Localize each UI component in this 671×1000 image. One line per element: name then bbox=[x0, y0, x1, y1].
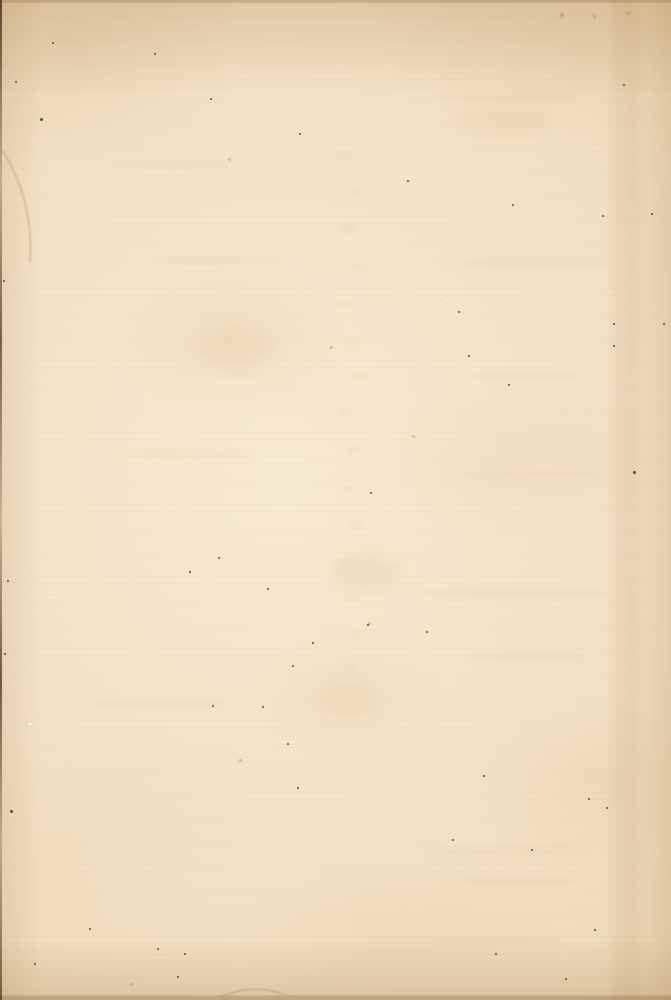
scanned-book-page bbox=[0, 0, 671, 1000]
rust-stain-dot bbox=[368, 622, 371, 625]
rust-stain-dot bbox=[228, 158, 231, 161]
rust-stain-dot bbox=[560, 13, 564, 17]
soft-discoloration-stain bbox=[315, 680, 379, 718]
paper-void-speck bbox=[445, 299, 448, 302]
foxing-speck bbox=[594, 929, 596, 931]
stain-layer bbox=[0, 0, 671, 1000]
ink-bleedthrough-layer bbox=[0, 0, 671, 1000]
foxing-speck bbox=[426, 631, 428, 633]
foxing-speck bbox=[189, 571, 191, 573]
bleedthrough-mark bbox=[344, 594, 360, 601]
foxing-speck bbox=[40, 118, 43, 121]
foxing-speck bbox=[34, 963, 36, 965]
bleedthrough-mark bbox=[336, 558, 352, 565]
bleedthrough-mark bbox=[110, 160, 230, 168]
bleedthrough-mark bbox=[340, 485, 356, 492]
foxing-speck bbox=[663, 323, 665, 325]
bleedthrough-mark bbox=[345, 188, 361, 195]
rust-stain-dot bbox=[239, 759, 242, 762]
bleedthrough-mark bbox=[352, 373, 368, 380]
foxing-speck bbox=[483, 775, 485, 777]
bleedthrough-mark bbox=[350, 630, 366, 637]
foxing-speck bbox=[633, 471, 636, 474]
bleedthrough-mark bbox=[465, 652, 585, 661]
foxing-speck bbox=[262, 706, 264, 708]
foxing-speck bbox=[297, 787, 299, 789]
foxing-speck bbox=[89, 928, 91, 930]
page-left-edge-line bbox=[0, 0, 2, 1000]
foxing-speck bbox=[512, 204, 514, 206]
foxing-speck bbox=[602, 215, 604, 217]
foxing-speck bbox=[15, 81, 17, 83]
bleedthrough-mark bbox=[338, 410, 354, 417]
soft-discoloration-stain bbox=[195, 325, 275, 369]
foxing-speck bbox=[312, 642, 314, 644]
bleedthrough-mark bbox=[338, 152, 354, 159]
bleedthrough-mark bbox=[344, 338, 360, 345]
bleedthrough-mark bbox=[348, 522, 364, 529]
foxing-speck bbox=[10, 810, 13, 813]
foxing-speck bbox=[468, 355, 470, 357]
foxing-speck bbox=[177, 976, 179, 978]
foxing-speck bbox=[292, 665, 294, 667]
foxing-speck-layer bbox=[0, 0, 671, 1000]
foxing-speck bbox=[184, 953, 186, 955]
rust-stain-dot bbox=[412, 435, 415, 438]
foxing-speck bbox=[613, 323, 615, 325]
foxing-speck bbox=[458, 311, 460, 313]
crease-lines bbox=[0, 0, 671, 1000]
rust-stain-dot bbox=[627, 12, 630, 15]
foxing-speck bbox=[154, 53, 156, 55]
foxing-speck bbox=[452, 839, 454, 841]
bleedthrough-mark bbox=[346, 447, 362, 454]
bleedthrough-mark bbox=[455, 258, 615, 268]
foxing-speck bbox=[52, 42, 54, 44]
foxing-speck bbox=[370, 492, 372, 494]
foxing-speck bbox=[651, 213, 653, 215]
soft-discoloration-stain bbox=[330, 555, 400, 591]
bleedthrough-mark bbox=[150, 255, 280, 264]
paper-void-speck bbox=[338, 210, 341, 213]
soft-discoloration-stain bbox=[455, 105, 550, 137]
paper-mottling bbox=[0, 0, 671, 1000]
foxing-speck bbox=[3, 280, 5, 282]
rust-stain-dot bbox=[330, 346, 333, 349]
bleedthrough-mark bbox=[455, 470, 605, 480]
crease bbox=[2, 150, 30, 262]
bleedthrough-mark bbox=[455, 878, 575, 886]
foxing-speck bbox=[495, 953, 497, 955]
foxing-speck bbox=[531, 849, 533, 851]
foxing-speck bbox=[218, 557, 220, 559]
bleedthrough-mark bbox=[430, 935, 560, 943]
paper-texture bbox=[0, 0, 671, 1000]
bleedthrough-mark bbox=[470, 372, 580, 380]
foxing-speck bbox=[588, 798, 590, 800]
rust-stain-dot bbox=[130, 983, 133, 986]
bleedthrough-mark bbox=[336, 300, 352, 307]
bleedthrough-mark bbox=[430, 92, 580, 101]
foxing-speck bbox=[623, 84, 625, 86]
bleedthrough-mark bbox=[420, 588, 610, 599]
foxing-speck bbox=[565, 978, 567, 980]
edge-vignette bbox=[0, 0, 671, 1000]
foxing-speck bbox=[287, 743, 289, 745]
foxing-speck bbox=[4, 653, 6, 655]
bleedthrough-mark bbox=[420, 845, 590, 855]
foxing-speck bbox=[606, 807, 608, 809]
foxing-speck bbox=[407, 180, 409, 182]
foxing-speck bbox=[212, 705, 214, 707]
foxing-speck bbox=[210, 98, 212, 100]
bleedthrough-mark bbox=[342, 666, 358, 673]
foxing-speck bbox=[299, 133, 301, 135]
foxing-speck bbox=[267, 588, 269, 590]
bleedthrough-mark bbox=[340, 225, 356, 232]
crease bbox=[214, 989, 302, 1000]
paper-void-speck bbox=[28, 722, 32, 726]
bleedthrough-mark bbox=[350, 262, 366, 269]
foxing-speck bbox=[367, 624, 369, 626]
foxing-speck bbox=[7, 580, 9, 582]
bleedthrough-mark bbox=[120, 450, 250, 459]
foxing-speck bbox=[508, 384, 510, 386]
rust-stain-dot bbox=[593, 15, 596, 18]
bleedthrough-mark bbox=[90, 700, 230, 709]
foxing-speck bbox=[157, 948, 159, 950]
foxing-speck bbox=[613, 345, 615, 347]
